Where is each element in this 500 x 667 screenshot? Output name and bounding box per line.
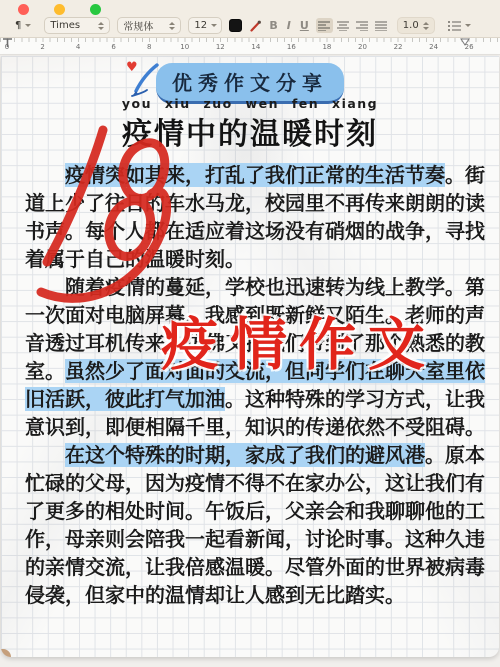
heart-icon: ♥: [126, 60, 138, 75]
align-center-button[interactable]: [335, 18, 352, 33]
format-toolbar: ¶ Times 常规体 12 B I U: [9, 16, 494, 35]
ruler-number: 18: [322, 43, 331, 51]
ruler-number: 14: [251, 43, 260, 51]
paragraph-mark-icon: ¶: [15, 20, 21, 31]
essay-body[interactable]: 疫情突如其来，打乱了我们正常的生活节奏。街道上少了往日的车水马龙，校园里不再传来…: [25, 161, 485, 609]
document-page[interactable]: ♥ 优秀作文分享 you xiu zuo wen fen xiang 疫情中的温…: [1, 56, 499, 657]
align-left-button[interactable]: [316, 18, 333, 33]
underline-button[interactable]: U: [300, 19, 309, 32]
highlighted-text[interactable]: 疫情突如其来，打乱了我们正常的生活节奏: [65, 163, 445, 187]
zoom-button[interactable]: [90, 4, 101, 15]
close-button[interactable]: [18, 4, 29, 15]
font-size-value: 12: [194, 20, 207, 31]
bold-button[interactable]: B: [269, 19, 277, 32]
list-style-dropdown[interactable]: [442, 17, 477, 34]
ruler-number: 20: [358, 43, 367, 51]
font-family-value: Times: [50, 20, 94, 31]
ruler-number: 24: [429, 43, 438, 51]
ruler-number: 22: [394, 43, 403, 51]
stepper-arrows-icon: [98, 22, 104, 30]
ruler-number: 4: [76, 43, 80, 51]
align-justify-icon: [375, 21, 387, 31]
font-style-select[interactable]: 常规体: [117, 17, 181, 34]
chevron-down-icon: [465, 24, 471, 27]
minimize-button[interactable]: [54, 4, 65, 15]
stepper-arrows-icon: [169, 22, 175, 30]
italic-button[interactable]: I: [287, 19, 291, 32]
line-spacing-value: 1.0: [403, 20, 419, 31]
ruler-number: 16: [287, 43, 296, 51]
pen-heart-icon: ♥: [126, 59, 160, 97]
ruler-number: 8: [147, 43, 151, 51]
pen-tool-icon[interactable]: [249, 19, 262, 32]
stepper-arrows-icon: [423, 22, 429, 30]
align-right-icon: [356, 21, 368, 31]
align-left-icon: [318, 21, 330, 31]
font-size-select[interactable]: 12: [188, 17, 222, 34]
highlighted-text[interactable]: 在这个特殊的时期，家成了我们的避风港: [65, 443, 425, 467]
ruler-number: 10: [180, 43, 189, 51]
essay-paragraph[interactable]: 随着疫情的蔓延，学校也迅速转为线上教学。第一次面对电脑屏幕，我感到既新鲜又陌生。…: [25, 273, 485, 441]
essay-text[interactable]: 。原本忙碌的父母，因为疫情不得不在家办公，这让我们有了更多的相处时间。午饭后，父…: [25, 443, 485, 607]
essay-paragraph[interactable]: 疫情突如其来，打乱了我们正常的生活节奏。街道上少了往日的车水马龙，校园里不再传来…: [25, 161, 485, 273]
font-color-swatch[interactable]: [229, 19, 242, 32]
font-family-select[interactable]: Times: [44, 17, 110, 34]
list-icon: [448, 21, 461, 31]
essay-title[interactable]: 疫情中的温暖时刻: [1, 109, 499, 153]
page-corner-curl: [1, 649, 11, 657]
ruler[interactable]: 02468101214161820222426: [0, 38, 500, 55]
align-center-icon: [337, 21, 349, 31]
ruler-number: 12: [216, 43, 225, 51]
align-justify-button[interactable]: [373, 18, 390, 33]
font-style-value: 常规体: [123, 18, 165, 33]
window-controls: [18, 4, 101, 15]
line-spacing-select[interactable]: 1.0: [397, 17, 435, 34]
paragraph-style-dropdown[interactable]: ¶: [9, 17, 37, 34]
ruler-number: 2: [40, 43, 44, 51]
ruler-number: 26: [465, 43, 474, 51]
chevron-down-icon: [211, 24, 217, 27]
align-right-button[interactable]: [354, 18, 371, 33]
ruler-number: 6: [111, 43, 115, 51]
essay-paragraph[interactable]: 在这个特殊的时期，家成了我们的避风港。原本忙碌的父母，因为疫情不得不在家办公，这…: [25, 441, 485, 609]
chevron-down-icon: [25, 24, 31, 27]
ruler-number: 0: [5, 43, 9, 51]
window-titlebar: ¶ Times 常规体 12 B I U: [0, 0, 500, 38]
